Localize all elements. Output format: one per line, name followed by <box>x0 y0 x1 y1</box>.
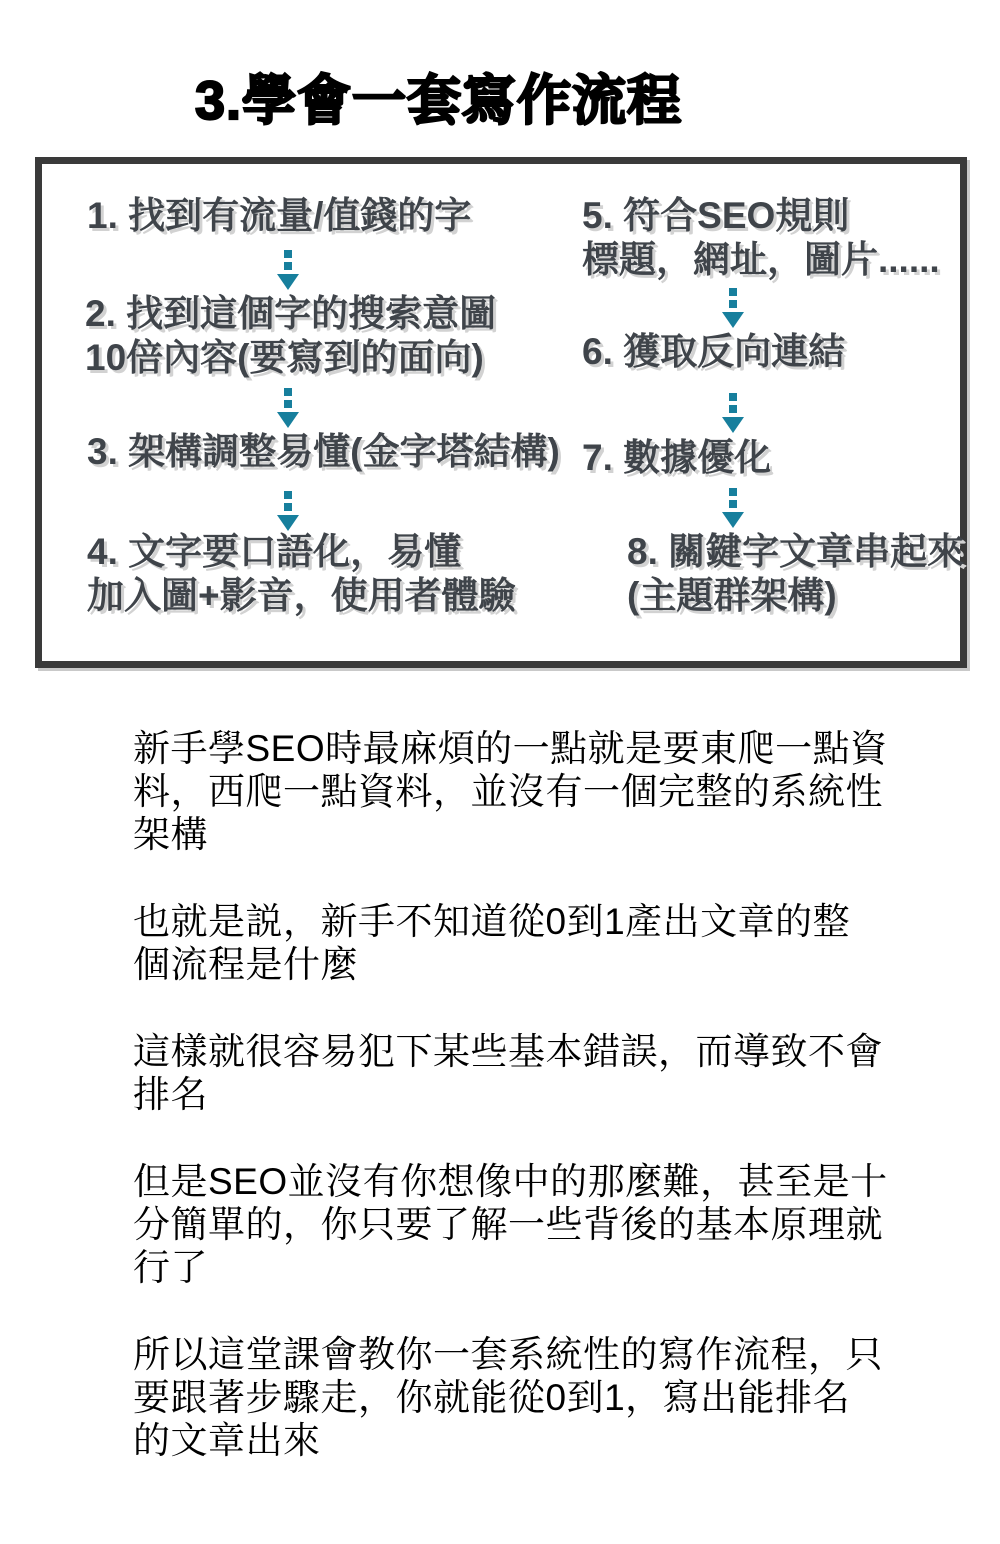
flow-step-8: 8. 關鍵字文章串起來 (主題群架構) <box>627 530 964 618</box>
arrow-dash <box>729 500 737 508</box>
page-title: 3.學會一套寫作流程 <box>195 70 682 132</box>
arrow-dash <box>284 491 292 499</box>
arrow-down-icon <box>277 491 299 531</box>
arrow-dash <box>729 488 737 496</box>
arrow-down-icon <box>722 488 744 528</box>
arrow-dash <box>729 405 737 413</box>
flow-step-1: 1. 找到有流量/值錢的字 <box>87 194 471 238</box>
flow-step-3: 3. 架構調整易懂(金字塔結構) <box>87 430 560 474</box>
paragraph: 也就是説，新手不知道從0到1產出文章的整 個流程是什麼 <box>133 900 953 986</box>
arrow-head <box>277 412 299 428</box>
arrow-dash <box>729 288 737 296</box>
arrow-down-icon <box>722 288 744 328</box>
arrow-head <box>277 515 299 531</box>
arrow-dash <box>729 300 737 308</box>
flow-step-4: 4. 文字要口語化，易懂 加入圖+影音，使用者體驗 <box>87 530 516 618</box>
paragraph: 但是SEO並沒有你想像中的那麼難，甚至是十 分簡單的，你只要了解一些背後的基本原… <box>133 1160 953 1289</box>
arrow-head <box>722 312 744 328</box>
arrow-down-icon <box>277 388 299 428</box>
paragraph: 新手學SEO時最麻煩的一點就是要東爬一點資 料，西爬一點資料，並沒有一個完整的系… <box>133 727 953 856</box>
arrow-dash <box>284 262 292 270</box>
arrow-dash <box>284 250 292 258</box>
flow-step-2: 2. 找到這個字的搜索意圖 10倍內容(要寫到的面向) <box>85 292 496 380</box>
arrow-head <box>277 274 299 290</box>
arrow-dash <box>284 503 292 511</box>
body-text: 新手學SEO時最麻煩的一點就是要東爬一點資 料，西爬一點資料，並沒有一個完整的系… <box>133 727 953 1506</box>
flow-step-6: 6. 獲取反向連結 <box>582 330 845 374</box>
paragraph: 這樣就很容易犯下某些基本錯誤，而導致不會 排名 <box>133 1030 953 1116</box>
flow-step-5: 5. 符合SEO規則 標題，網址，圖片...... <box>582 194 940 282</box>
paragraph: 所以這堂課會教你一套系統性的寫作流程，只 要跟著步驟走，你就能從0到1，寫出能排… <box>133 1333 953 1462</box>
arrow-dash <box>284 388 292 396</box>
arrow-head <box>722 512 744 528</box>
arrow-head <box>722 417 744 433</box>
page: { "title": "3.學會一套寫作流程", "flowchart": { … <box>0 0 1000 1544</box>
arrow-dash <box>729 393 737 401</box>
flow-step-7: 7. 數據優化 <box>582 436 771 480</box>
arrow-down-icon <box>277 250 299 290</box>
arrow-down-icon <box>722 393 744 433</box>
arrow-dash <box>284 400 292 408</box>
flowchart-box: 1. 找到有流量/值錢的字 2. 找到這個字的搜索意圖 10倍內容(要寫到的面向… <box>35 157 967 668</box>
